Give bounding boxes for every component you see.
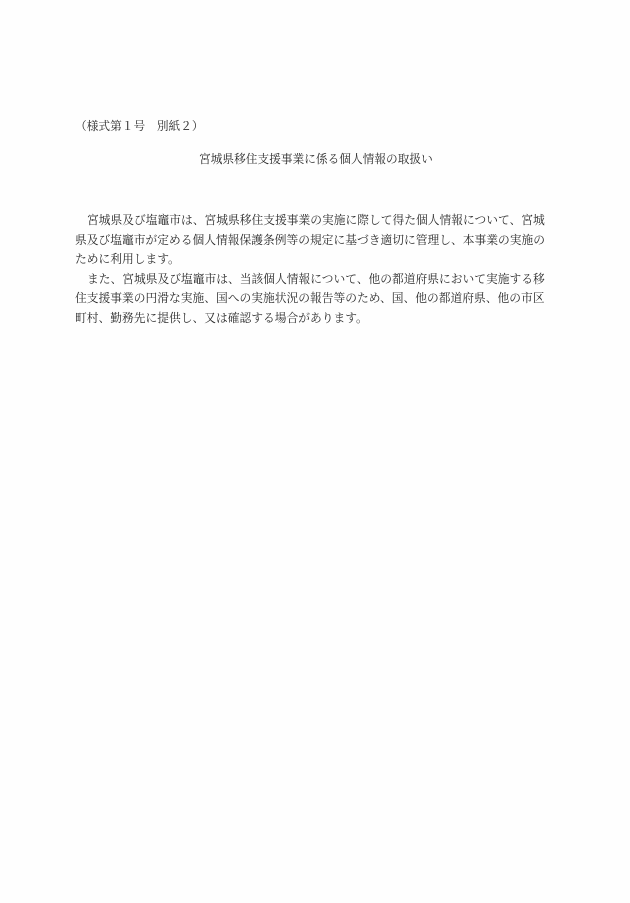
paragraph-2: また、宮城県及び塩竈市は、当該個人情報について、他の都道府県において実施する移 … [75,270,547,329]
paragraph-1: 宮城県及び塩竈市は、宮城県移住支援事業の実施に際して得た個人情報について、宮城 … [75,211,547,270]
document-body: 宮城県及び塩竈市は、宮城県移住支援事業の実施に際して得た個人情報について、宮城 … [75,211,547,328]
paragraph-line: 住支援事業の円滑な実施、国への実施状況の報告等のため、国、他の都道府県、他の市区 [75,289,547,309]
paragraph-line: また、宮城県及び塩竈市は、当該個人情報について、他の都道府県において実施する移 [75,270,547,290]
paragraph-line: 町村、勤務先に提供し、又は確認する場合があります。 [75,309,547,329]
paragraph-line: 宮城県及び塩竈市は、宮城県移住支援事業の実施に際して得た個人情報について、宮城 [75,211,547,231]
document-title: 宮城県移住支援事業に係る個人情報の取扱い [199,151,433,167]
document-page: （様式第１号 別紙２） 宮城県移住支援事業に係る個人情報の取扱い 宮城県及び塩竈… [0,0,630,903]
form-number-label: （様式第１号 別紙２） [75,118,204,134]
paragraph-line: ために利用します。 [75,250,547,270]
paragraph-line: 県及び塩竈市が定める個人情報保護条例等の規定に基づき適切に管理し、本事業の実施の [75,231,547,251]
